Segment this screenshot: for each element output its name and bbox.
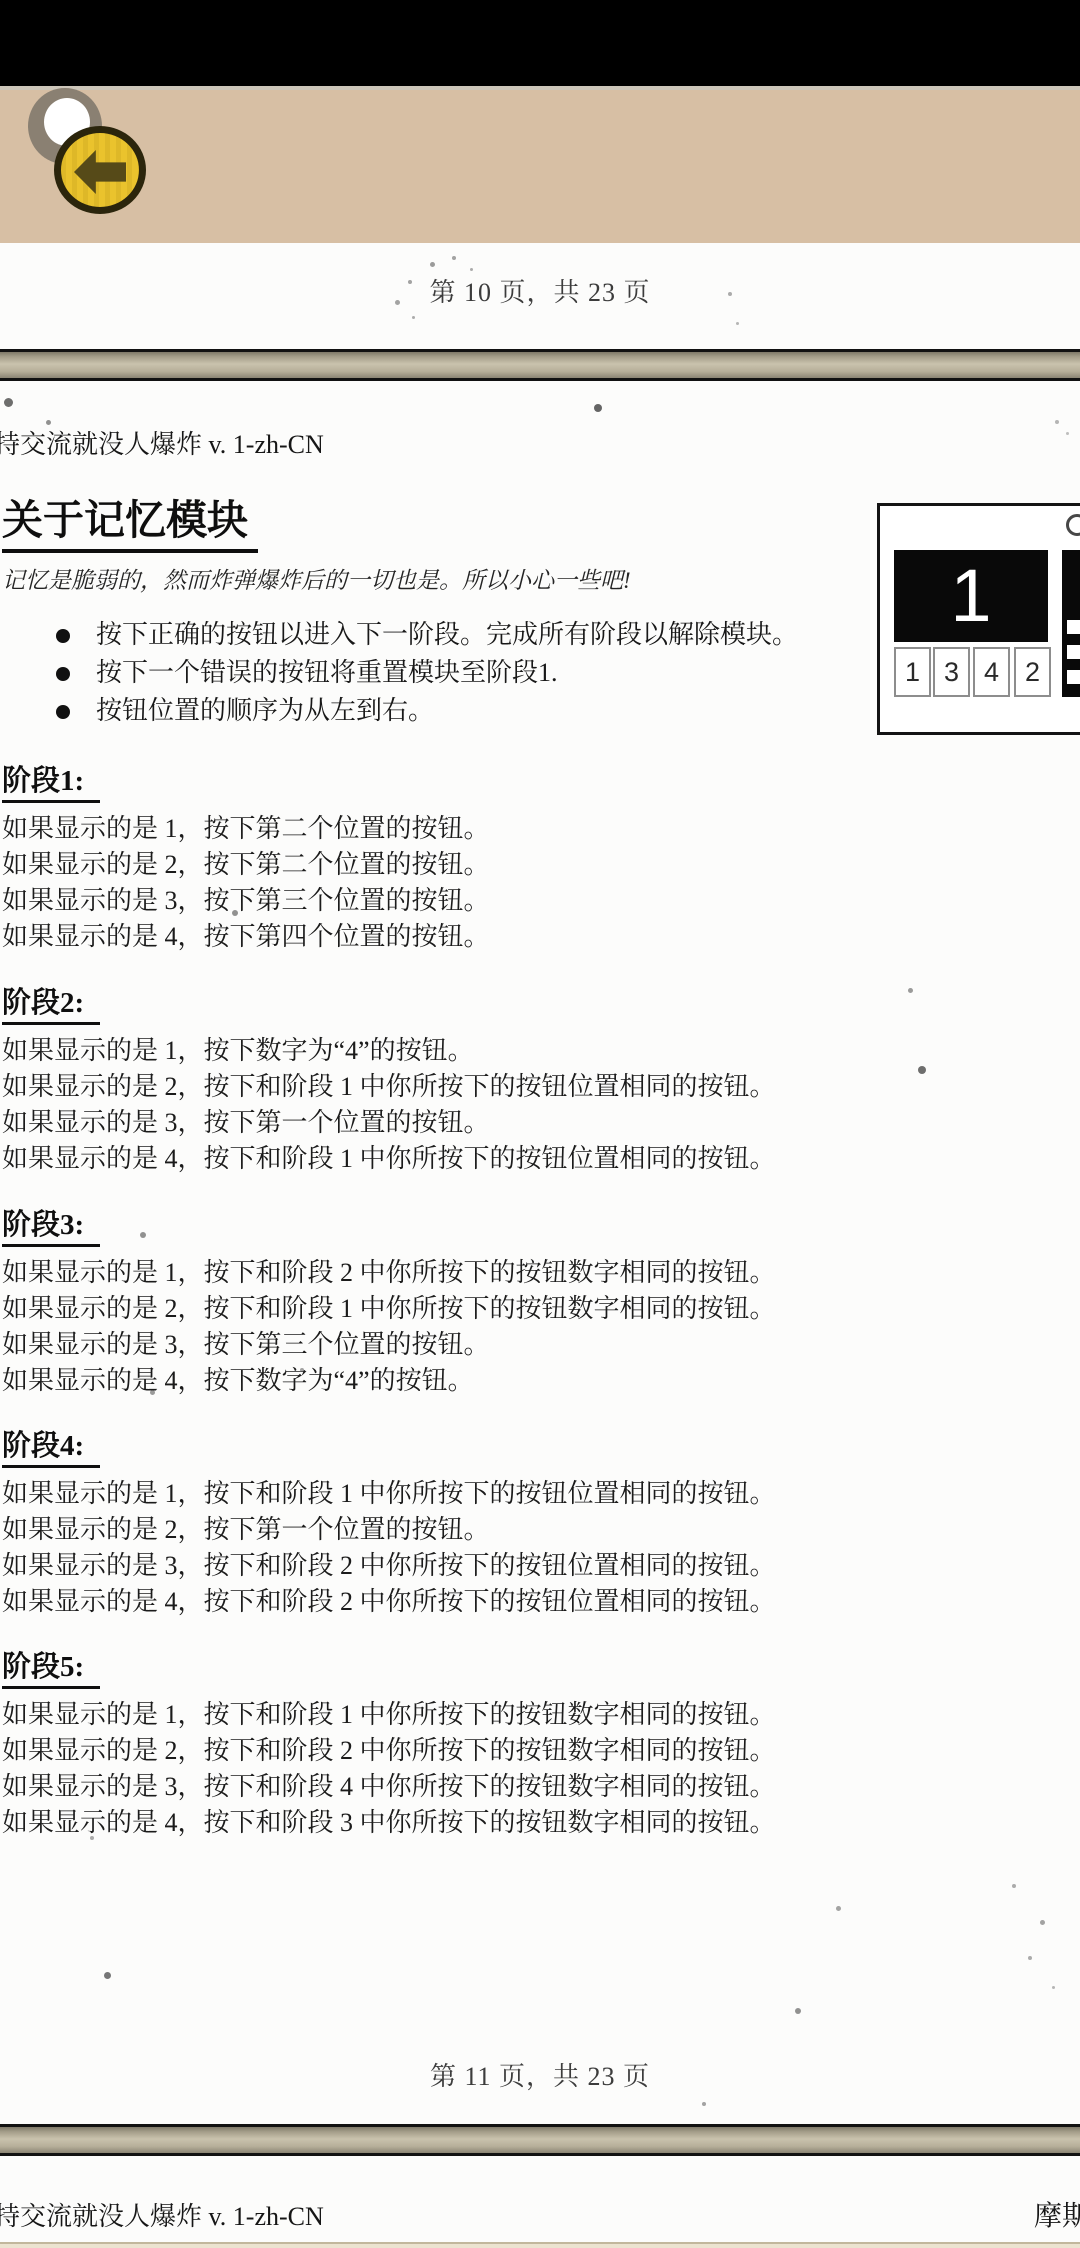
stage-heading: 阶段2: <box>2 986 100 1025</box>
stage-section-3: 阶段3: 如果显示的是 1，按下和阶段 2 中你所按下的按钮数字相同的按钮。 如… <box>2 1208 1042 1399</box>
paper-speck <box>395 300 400 305</box>
paper-speck <box>140 1232 146 1238</box>
bullet-item: 按下正确的按钮以进入下一阶段。完成所有阶段以解除模块。 <box>56 616 916 654</box>
paper-speck <box>4 398 13 407</box>
stage-rule: 如果显示的是 1，按下第二个位置的按钮。 <box>2 811 1042 847</box>
stage-rule: 如果显示的是 4，按下和阶段 2 中你所按下的按钮位置相同的按钮。 <box>2 1584 1042 1620</box>
stage-rule: 如果显示的是 4，按下第四个位置的按钮。 <box>2 919 1042 955</box>
back-arrow-icon <box>74 150 126 194</box>
paper-speck <box>702 2102 706 2106</box>
paper-speck <box>46 420 51 425</box>
page-separator-bottom <box>0 2124 1080 2156</box>
module-button-2: 3 <box>933 647 970 697</box>
module-led-icon <box>1066 514 1080 536</box>
bottom-edge-strip <box>0 2242 1080 2248</box>
paper-speck <box>1012 1884 1016 1888</box>
paper-speck <box>90 1836 94 1840</box>
stage-rule: 如果显示的是 3，按下和阶段 4 中你所按下的按钮数字相同的按钮。 <box>2 1769 1042 1805</box>
bullet-text: 按钮位置的顺序为从左到右。 <box>96 696 434 725</box>
stage-rule: 如果显示的是 2，按下和阶段 1 中你所按下的按钮位置相同的按钮。 <box>2 1069 1042 1105</box>
paper-speck <box>736 322 739 325</box>
paper-speck <box>795 2008 801 2014</box>
bullet-text: 按下正确的按钮以进入下一阶段。完成所有阶段以解除模块。 <box>96 620 798 649</box>
paper-speck <box>908 988 913 993</box>
stage-rule: 如果显示的是 3，按下第一个位置的按钮。 <box>2 1105 1042 1141</box>
paper-speck <box>1040 1920 1045 1925</box>
stage-heading: 阶段1: <box>2 764 100 803</box>
stage-rule: 如果显示的是 2，按下第一个位置的按钮。 <box>2 1512 1042 1548</box>
stage-heading: 阶段3: <box>2 1208 100 1247</box>
intro-bullet-list: 按下正确的按钮以进入下一阶段。完成所有阶段以解除模块。 按下一个错误的按钮将重置… <box>56 616 916 730</box>
stage-section-5: 阶段5: 如果显示的是 1，按下和阶段 1 中你所按下的按钮数字相同的按钮。 如… <box>2 1650 1042 1841</box>
module-stage-indicator <box>1062 550 1080 697</box>
paper-speck <box>1052 1986 1055 1989</box>
paper-speck <box>836 1906 841 1911</box>
stage-rule: 如果显示的是 4，按下和阶段 3 中你所按下的按钮数字相同的按钮。 <box>2 1805 1042 1841</box>
page-title: 关于记忆模块 <box>2 496 258 553</box>
stage-rule: 如果显示的是 1，按下数字为“4”的按钮。 <box>2 1033 1042 1069</box>
bullet-text: 按下一个错误的按钮将重置模块至阶段1. <box>96 658 558 687</box>
module-button-3: 4 <box>973 647 1010 697</box>
stage-rule: 如果显示的是 1，按下和阶段 1 中你所按下的按钮位置相同的按钮。 <box>2 1476 1042 1512</box>
stage-rule: 如果显示的是 1，按下和阶段 2 中你所按下的按钮数字相同的按钮。 <box>2 1255 1042 1291</box>
bullet-dot-icon <box>56 705 70 719</box>
paper-speck <box>430 262 435 267</box>
page-separator-top <box>0 349 1080 381</box>
stage-rule: 如果显示的是 4，按下数字为“4”的按钮。 <box>2 1363 1042 1399</box>
app-header <box>0 86 1080 243</box>
stage-rule: 如果显示的是 2，按下和阶段 1 中你所按下的按钮数字相同的按钮。 <box>2 1291 1042 1327</box>
flavor-text: 记忆是脆弱的，然而炸弹爆炸后的一切也是。所以小心一些吧! <box>2 562 631 595</box>
paper-speck <box>150 1390 155 1395</box>
paper-speck <box>232 910 238 916</box>
stage-rule: 如果显示的是 2，按下第二个位置的按钮。 <box>2 847 1042 883</box>
bullet-dot-icon <box>56 629 70 643</box>
stage-heading: 阶段4: <box>2 1429 100 1468</box>
paper-speck <box>412 316 415 319</box>
module-button-4: 2 <box>1014 647 1051 697</box>
paper-speck <box>470 268 473 271</box>
module-button-1: 1 <box>894 647 931 697</box>
paper-speck <box>728 292 732 296</box>
bullet-item: 按下一个错误的按钮将重置模块至阶段1. <box>56 654 916 692</box>
paper-speck <box>1066 432 1069 435</box>
stage-heading: 阶段5: <box>2 1650 100 1689</box>
status-bar <box>0 0 1080 86</box>
paper-speck <box>408 280 412 284</box>
paper-speck <box>594 404 602 412</box>
paper-speck <box>452 256 456 260</box>
paper-speck <box>1055 420 1059 424</box>
stage-section-2: 阶段2: 如果显示的是 1，按下数字为“4”的按钮。 如果显示的是 2，按下和阶… <box>2 986 1042 1177</box>
stage-rule: 如果显示的是 3，按下和阶段 2 中你所按下的按钮位置相同的按钮。 <box>2 1548 1042 1584</box>
stage-rule: 如果显示的是 1，按下和阶段 1 中你所按下的按钮数字相同的按钮。 <box>2 1697 1042 1733</box>
stage-rule: 如果显示的是 4，按下和阶段 1 中你所按下的按钮位置相同的按钮。 <box>2 1141 1042 1177</box>
page-indicator-current: 第 11 页，共 23 页 <box>0 2056 1080 2093</box>
page-indicator-prev: 第 10 页，共 23 页 <box>0 272 1080 309</box>
stage-led-square <box>1067 620 1080 634</box>
paper-speck <box>300 1368 304 1372</box>
header-inner-line <box>0 86 1080 90</box>
manual-header-left: 持交流就没人爆炸 v. 1-zh-CN <box>0 424 324 461</box>
manual-reader-screen[interactable]: 第 10 页，共 23 页 持交流就没人爆炸 v. 1-zh-CN 关于记忆模块… <box>0 0 1080 2248</box>
paper-speck <box>104 1972 111 1979</box>
paper-speck <box>918 1066 926 1074</box>
stage-rule: 如果显示的是 2，按下和阶段 2 中你所按下的按钮数字相同的按钮。 <box>2 1733 1042 1769</box>
next-page-header-left: 持交流就没人爆炸 v. 1-zh-CN <box>0 2196 324 2233</box>
stage-led-square <box>1067 670 1080 684</box>
bullet-dot-icon <box>56 667 70 681</box>
paper-speck <box>1028 1956 1032 1960</box>
stage-section-4: 阶段4: 如果显示的是 1，按下和阶段 1 中你所按下的按钮位置相同的按钮。 如… <box>2 1429 1042 1620</box>
stage-rule: 如果显示的是 3，按下第三个位置的按钮。 <box>2 1327 1042 1363</box>
back-button[interactable] <box>54 126 146 214</box>
stage-rule: 如果显示的是 3，按下第三个位置的按钮。 <box>2 883 1042 919</box>
stage-section-1: 阶段1: 如果显示的是 1，按下第二个位置的按钮。 如果显示的是 2，按下第二个… <box>2 764 1042 955</box>
bullet-item: 按钮位置的顺序为从左到右。 <box>56 692 916 730</box>
next-page-header-right: 摩斯 <box>1034 2194 1080 2234</box>
module-display-value: 1 <box>950 554 991 637</box>
stage-led-square <box>1067 645 1080 659</box>
module-display: 1 <box>894 550 1048 642</box>
memory-module-figure: 1 1 3 4 2 <box>877 503 1080 735</box>
